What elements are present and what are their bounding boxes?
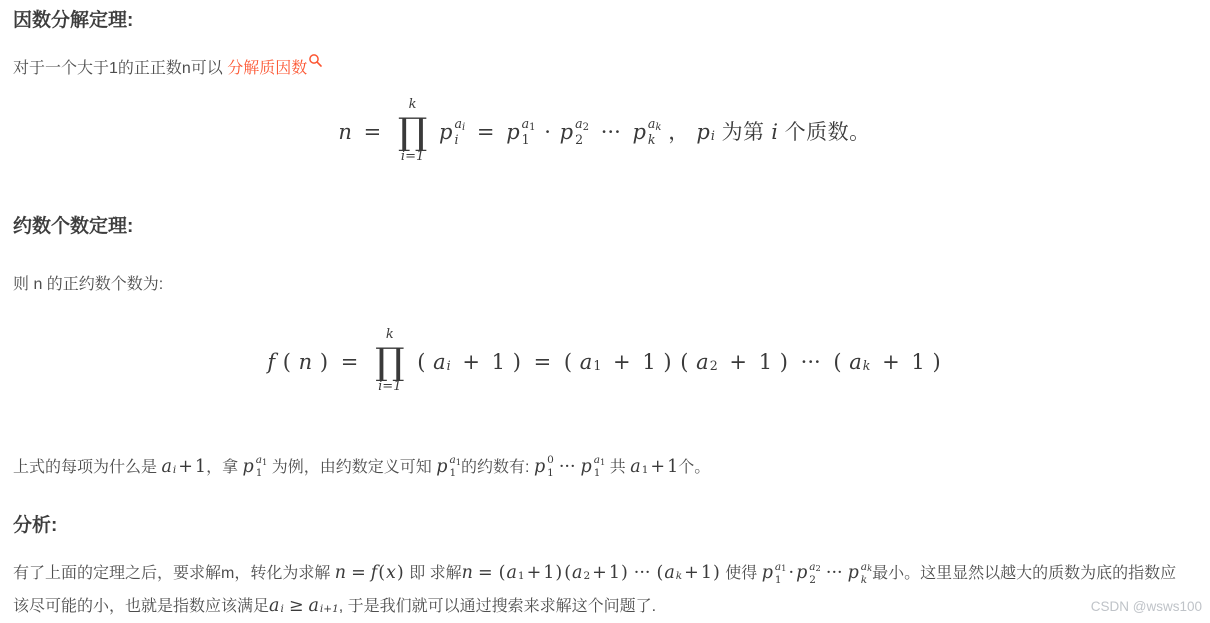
math-paren: ( [564,350,572,374]
math-punctuation: ， [668,120,690,144]
math-sub: 1 [781,563,786,573]
math-var: a [664,557,674,590]
math-sub: 1 [593,334,601,398]
link-label[interactable]: 分解质因数 [227,60,307,77]
math-num: 1 [701,563,712,583]
math-scripts: a11 [594,454,606,479]
math-op: + [613,350,631,374]
math-op: ··· [559,457,576,477]
math-num: 1 [667,457,678,477]
math-var: a [308,590,318,623]
formula-divisor-count: f ( n ) = k∏i=1 ( ai + 1 ) = ( a1 + 1 ) … [13,330,1196,396]
math-op: ··· [801,350,821,374]
math-op: ≥ [289,596,304,616]
math-atom: a2 [696,330,718,394]
math-paren: ( [499,563,506,583]
math-scripts: a22 [809,561,821,586]
math-var: n [462,563,473,583]
math-op: = [364,120,382,144]
math-paren: ) [780,350,788,374]
link-prime-factorization[interactable]: 分解质因数 [227,60,323,77]
math-var: n [338,120,352,144]
math-var: a [454,116,462,131]
math-sub: i [280,593,283,623]
math-num: 1 [492,350,505,374]
math-sup: a1 [256,454,268,467]
product-lower-limit: i=1 [378,380,401,395]
math-var: a [161,452,171,482]
heading-divisor-count-theorem: 约数个数定理: [13,216,1196,238]
math-var: a [809,561,815,573]
math-sub: 1 [547,467,554,480]
product-operator: k∏i=1 [398,98,427,165]
math-var: p [439,100,452,164]
math-atom: pa11 [762,557,787,590]
inline-math-a1-plus-1: a1+1 [630,457,678,477]
math-paren: ( [680,350,688,374]
math-scripts: a22 [575,116,589,147]
math-scripts: akk [648,116,662,147]
math-var: p [506,100,519,164]
math-op: = [534,350,552,374]
math-num: 1 [609,563,620,583]
math-op: + [462,350,480,374]
math-op: + [729,350,747,374]
math-var: a [506,557,516,590]
math-var: p [696,100,709,164]
math-sub: 1 [594,467,601,480]
math-var: a [449,454,455,466]
text-run: 共 [605,459,630,476]
math-sub: k [648,132,656,147]
math-var: f [267,350,275,374]
math-num: 1 [642,350,655,374]
math-sub: 1 [522,132,530,147]
math-op: ··· [601,120,621,144]
math-sub: 1 [600,457,605,467]
math-scripts: a11 [449,454,461,479]
math-sub: 1 [642,455,649,485]
paragraph-divisor-explanation: 上式的每项为什么是 ai+1，拿 pa11 为例，由约数定义可知 pa11的约数… [13,452,1196,483]
math-atom: ai [433,330,451,394]
math-sub: i [454,132,458,147]
math-atom: pa11 [436,452,461,482]
math-sub: 1 [456,457,461,467]
math-atom: a1 [580,330,602,394]
math-op: = [351,563,366,583]
paragraph-intro: 对于一个大于1的正正数n可以 分解质因数 [13,58,1196,80]
math-sup: ai [454,116,465,132]
math-sub: 1 [256,467,263,480]
math-sub: i+1 [320,593,339,623]
inline-math-divisor-list: p01···pa11 [534,457,605,477]
math-sub: k [867,563,872,573]
math-var: a [580,330,593,394]
math-op: + [684,563,699,583]
math-op: ··· [634,563,651,583]
text-run: 使得 [721,565,762,582]
text-run: ，拿 [206,459,242,476]
text-run: 为例，由约数定义可知 [267,459,436,476]
product-lower-limit: i=1 [401,150,424,165]
math-atom: ai+1 [308,590,338,623]
math-op: = [478,563,493,583]
math-sub: 1 [449,467,456,480]
math-sub: k [863,334,871,398]
math-paren: ( [283,350,291,374]
math-sub: i [711,104,715,168]
math-var: p [560,100,573,164]
math-paren: ( [378,563,385,583]
paragraph-divisor-count-lead: 则 n 的正约数个数为: [13,274,1196,296]
math-op: + [882,350,900,374]
math-op: ··· [826,563,843,583]
math-sub: 1 [775,574,782,587]
math-var: p [848,557,859,590]
math-var: a [630,452,640,482]
formula-prime-factorization: n = k∏i=1 paii = pa11 · pa22 ··· pakk ， … [13,100,1196,166]
math-paren: ( [657,563,664,583]
math-sup: ak [648,116,662,132]
math-atom: a1 [630,452,648,482]
paragraph-analysis: 有了上面的定理之后，要求解m，转化为求解 n=f(x) 即 求解n=(a1+1)… [13,557,1196,623]
math-op: + [527,563,542,583]
text-run: , 于是我们就可以通过搜索来求解这个问题了. [339,598,656,615]
math-op: + [650,457,665,477]
math-sub: k [676,560,682,593]
heading-analysis: 分析: [13,515,1196,537]
heading-factorization-theorem: 因数分解定理: [13,10,1196,32]
math-atom: pi [696,100,714,164]
math-scripts: a11 [775,561,787,586]
inline-math-ai-plus-1: ai+1 [161,457,206,477]
math-sub: i [173,455,176,485]
inline-math-n-eq-fx: n=f(x) [335,563,405,583]
math-atom: pa22 [560,100,589,164]
math-var: a [696,330,709,394]
math-scripts: a11 [522,116,536,147]
math-sup: a2 [809,561,821,574]
math-sub: k [861,574,867,587]
math-atom: ak [849,330,870,394]
inline-math-exponent-order: ai≥ai+1 [269,596,339,616]
math-var: a [849,330,862,394]
csdn-watermark: CSDN @wsws100 [1091,599,1202,614]
math-atom: ak [664,557,682,590]
product-operator: k∏i=1 [375,328,404,395]
text-run: 有了上面的定理之后，要求解m，转化为求解 [13,565,335,582]
text-run: 对于一个大于1的正正数n可以 [13,60,227,77]
math-var: p [796,557,807,590]
math-var: f [371,563,377,583]
math-sup: a2 [575,116,589,132]
math-paren: ( [833,350,841,374]
math-atom: p01 [534,452,554,482]
math-atom: ai [161,452,176,482]
math-op: + [592,563,607,583]
math-num: 1 [911,350,924,374]
math-paren: ) [713,563,720,583]
math-atom: pa22 [796,557,821,590]
inline-math-n-product: n=(a1+1)(a2+1)···(ak+1) [462,563,721,583]
math-var: a [575,116,583,131]
math-atom: a2 [572,557,590,590]
math-var: p [632,100,645,164]
math-var: p [534,452,545,482]
math-var: p [243,452,254,482]
math-sup: 0 [547,454,554,467]
math-scripts: a11 [256,454,268,479]
math-atom: pa11 [581,452,606,482]
math-op: + [178,457,193,477]
inline-math-power-product: pa11·pa22···pakk [762,563,872,583]
math-var: n [335,563,346,583]
text-run: 上式的每项为什么是 [13,459,161,476]
math-scripts: 01 [547,454,554,479]
math-atom: pa11 [243,452,268,482]
math-atom: pakk [632,100,661,164]
math-paren: ) [397,563,404,583]
math-sup: a1 [522,116,536,132]
math-paren: ) [555,563,562,583]
math-var: p [581,452,592,482]
math-op: = [341,350,359,374]
product-symbol: ∏ [375,343,404,380]
math-paren: ) [513,350,521,374]
math-op: · [544,120,551,144]
math-num: 1 [543,563,554,583]
math-op: · [789,563,795,583]
math-sub: 2 [809,574,816,587]
text-run: 则 n 的正约数个数为: [13,276,163,293]
search-icon[interactable] [308,53,323,68]
math-sub: 2 [575,132,583,147]
math-var: a [433,330,446,394]
math-sup: a1 [594,454,606,467]
math-var: p [436,452,447,482]
math-paren: ) [932,350,940,374]
math-sub: 1 [529,122,535,133]
product-symbol: ∏ [398,113,427,150]
math-sub: i [447,334,451,398]
math-op: = [477,120,495,144]
math-sub: 2 [816,563,821,573]
math-sub: k [655,122,661,133]
math-sub: 1 [262,457,267,467]
article-body: 因数分解定理: 对于一个大于1的正正数n可以 分解质因数 n = k∏i=1 p… [0,0,1210,623]
math-var: i [771,120,778,144]
math-var: x [386,563,396,583]
math-atom: pa11 [506,100,535,164]
math-sup: a1 [775,561,787,574]
math-sub: i [462,122,465,133]
math-var: a [269,590,279,623]
math-num: 1 [759,350,772,374]
math-paren: ) [663,350,671,374]
math-atom: a1 [506,557,524,590]
math-sub: 2 [710,334,718,398]
math-scripts: aii [454,116,465,147]
math-atom: pakk [848,557,873,590]
math-sup: a1 [449,454,461,467]
math-var: n [299,350,313,374]
math-atom: ai [269,590,284,623]
text-run: 的约数有: [461,459,534,476]
math-num: 1 [195,457,206,477]
math-text: 为第 [722,120,765,144]
math-sup: ak [861,561,872,574]
math-var: p [762,557,773,590]
text-run: 即 求解 [405,565,462,582]
math-sub: 1 [518,560,525,593]
math-paren: ) [320,350,328,374]
math-var: a [572,557,582,590]
math-sub: 2 [583,122,589,133]
math-sub: 2 [583,560,590,593]
text-run: 个。 [678,459,710,476]
math-paren: ) [621,563,628,583]
math-scripts: akk [861,561,872,586]
inline-math-p1-a1: pa11 [243,457,268,477]
math-paren: ( [417,350,425,374]
math-text: 个质数。 [785,120,871,144]
math-atom: paii [439,100,465,164]
math-paren: ( [564,563,571,583]
inline-math-p1-a1: pa11 [436,457,461,477]
